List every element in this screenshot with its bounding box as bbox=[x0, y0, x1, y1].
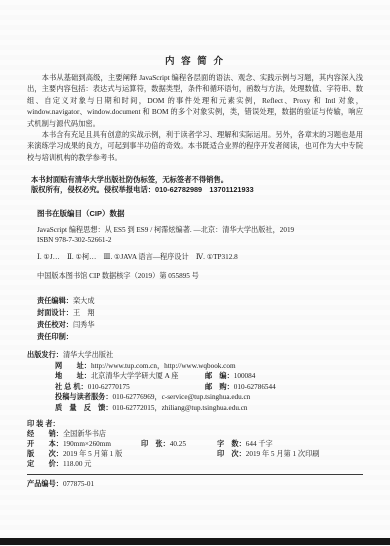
cip-title-line: JavaScript 编程思想：从 ES5 到 ES9 / 柯霈炫编著. —北京… bbox=[37, 225, 363, 235]
zip-value: 100084 bbox=[234, 372, 256, 380]
staff-row-print-supervisor: 责任印制： bbox=[37, 331, 363, 343]
publisher-name: 清华大学出版社 bbox=[63, 350, 113, 361]
distributor-label: 经 销： bbox=[27, 429, 63, 439]
publisher-row: 出版发行：清华大学出版社 bbox=[27, 350, 363, 361]
staff-row-cover-design: 封面设计：王 翔 bbox=[37, 307, 363, 319]
rights-reserved-line: 版权所有，侵权必究。侵权举报电话：010-62782989 1370112193… bbox=[31, 185, 363, 195]
switchboard-cell: 社 总 机：010-62770175 bbox=[55, 382, 205, 393]
staff-label: 责任印制： bbox=[37, 332, 73, 341]
website-value: http://www.tup.com.cn，http://www.wqbook.… bbox=[91, 361, 236, 372]
staff-value: 栾大成 bbox=[73, 297, 95, 305]
quality-feedback-label: 质 量 反 馈： bbox=[55, 403, 113, 414]
mailorder-value: 010-62786544 bbox=[234, 383, 276, 391]
product-number-label: 产品编号： bbox=[27, 479, 63, 488]
anti-piracy-line: 本书封面贴有清华大学出版社防伪标签，无标签者不得销售。 bbox=[31, 175, 363, 185]
reader-service-value: 010-62776969，c-service@tup.tsinghua.edu.… bbox=[113, 392, 251, 403]
impression-label: 印 次： bbox=[217, 449, 246, 458]
address-value: 北京清华大学学研大厦 A 座 bbox=[91, 372, 178, 380]
copyright-notice: 本书封面贴有清华大学出版社防伪标签，无标签者不得销售。 版权所有，侵权必究。侵权… bbox=[31, 175, 363, 195]
cip-record-number: 中国版本图书馆 CIP 数据核字（2019）第 055895 号 bbox=[37, 271, 363, 281]
format-value: 190mm×260mm bbox=[63, 440, 111, 448]
page-content: 内 容 简 介 本书从基础到高级，主要阐释 JavaScript 编程各层面的语… bbox=[0, 0, 390, 489]
cip-block: 图书在版编目（CIP）数据 JavaScript 编程思想：从 ES5 到 ES… bbox=[37, 208, 363, 281]
publisher-label: 出版发行： bbox=[27, 350, 63, 361]
staff-credits: 责任编辑：栾大成 封面设计：王 翔 责任校对：闫秀华 责任印制： bbox=[37, 295, 363, 343]
format-row: 开 本：190mm×260mm 印 张：40.25 字 数：644 千字 bbox=[27, 439, 363, 449]
switchboard-row: 社 总 机：010-62770175 邮 购：010-62786544 bbox=[55, 382, 363, 393]
price-label: 定 价： bbox=[27, 459, 63, 469]
mailorder-label: 邮 购： bbox=[205, 382, 234, 391]
edition-cell: 版 次：2019 年 5 月第 1 版 bbox=[27, 449, 217, 459]
sheets-cell: 印 张：40.25 bbox=[141, 439, 217, 449]
staff-label: 责任编辑： bbox=[37, 296, 73, 305]
zip-cell: 邮 编：100084 bbox=[205, 371, 255, 382]
staff-value: 闫秀华 bbox=[73, 321, 95, 329]
sheets-value: 40.25 bbox=[170, 440, 186, 448]
impression-cell: 印 次：2019 年 5 月第 1 次印刷 bbox=[217, 449, 319, 459]
mailorder-cell: 邮 购：010-62786544 bbox=[205, 382, 276, 393]
intro-paragraph-1: 本书从基础到高级，主要阐释 JavaScript 编程各层面的语法、观念、实践示… bbox=[27, 72, 363, 129]
staff-label: 封面设计： bbox=[37, 308, 73, 317]
quality-feedback-value: 010-62772015，zhiliang@tup.tsinghua.edu.c… bbox=[113, 403, 248, 414]
distributor-value: 全国新华书店 bbox=[63, 429, 106, 439]
price-value: 118.00 元 bbox=[63, 459, 91, 469]
impression-value: 2019 年 5 月第 1 次印刷 bbox=[246, 450, 320, 458]
switchboard-label: 社 总 机： bbox=[55, 382, 88, 391]
cip-isbn: ISBN 978-7-302-52661-2 bbox=[37, 235, 363, 245]
cip-heading: 图书在版编目（CIP）数据 bbox=[37, 208, 363, 219]
address-cell: 地 址：北京清华大学学研大厦 A 座 bbox=[55, 371, 205, 382]
product-number-value: 077875-01 bbox=[63, 480, 94, 488]
scan-bottom-bar bbox=[0, 538, 390, 545]
edition-value: 2019 年 5 月第 1 版 bbox=[63, 450, 122, 458]
staff-value: 王 翔 bbox=[73, 309, 95, 317]
printer-row: 印 装 者： bbox=[27, 419, 363, 429]
publisher-block: 出版发行：清华大学出版社 网 址：http://www.tup.com.cn，h… bbox=[27, 350, 363, 413]
zip-label: 邮 编： bbox=[205, 371, 234, 380]
address-row: 地 址：北京清华大学学研大厦 A 座 邮 编：100084 bbox=[55, 371, 363, 382]
address-label: 地 址： bbox=[55, 371, 91, 380]
reader-service-label: 投稿与读者服务： bbox=[55, 392, 113, 403]
words-cell: 字 数：644 千字 bbox=[217, 439, 273, 449]
words-label: 字 数： bbox=[217, 439, 246, 448]
reader-service-row: 投稿与读者服务：010-62776969，c-service@tup.tsing… bbox=[55, 392, 363, 403]
cip-classification: Ⅰ. ①J… Ⅱ. ①柯… Ⅲ. ①JAVA 语言—程序设计 Ⅳ. ①TP312… bbox=[37, 252, 363, 262]
staff-row-editor: 责任编辑：栾大成 bbox=[37, 295, 363, 307]
quality-feedback-row: 质 量 反 馈：010-62772015，zhiliang@tup.tsingh… bbox=[55, 403, 363, 414]
printing-block: 印 装 者： 经 销：全国新华书店 开 本：190mm×260mm 印 张：40… bbox=[27, 419, 363, 469]
edition-label: 版 次： bbox=[27, 449, 63, 458]
copyright-page: 内 容 简 介 本书从基础到高级，主要阐释 JavaScript 编程各层面的语… bbox=[0, 0, 390, 546]
intro-paragraph-2: 本书含有充足且具有创意的实战示例，利于读者学习、理解和实际运用。另外，各章末的习… bbox=[27, 129, 363, 163]
staff-row-proofreader: 责任校对：闫秀华 bbox=[37, 319, 363, 331]
switchboard-value: 010-62770175 bbox=[88, 383, 130, 391]
staff-label: 责任校对： bbox=[37, 320, 73, 329]
price-row: 定 价：118.00 元 bbox=[27, 459, 363, 469]
website-label: 网 址： bbox=[55, 361, 91, 372]
divider-rule bbox=[27, 474, 363, 475]
format-cell: 开 本：190mm×260mm bbox=[27, 439, 141, 449]
website-row: 网 址：http://www.tup.com.cn，http://www.wqb… bbox=[55, 361, 363, 372]
words-value: 644 千字 bbox=[246, 440, 273, 448]
product-number-row: 产品编号：077875-01 bbox=[27, 479, 363, 489]
edition-row: 版 次：2019 年 5 月第 1 版 印 次：2019 年 5 月第 1 次印… bbox=[27, 449, 363, 459]
intro-title: 内 容 简 介 bbox=[27, 53, 363, 67]
sheets-label: 印 张： bbox=[141, 439, 170, 448]
printer-label: 印 装 者： bbox=[27, 419, 60, 429]
distributor-row: 经 销：全国新华书店 bbox=[27, 429, 363, 439]
format-label: 开 本： bbox=[27, 439, 63, 448]
